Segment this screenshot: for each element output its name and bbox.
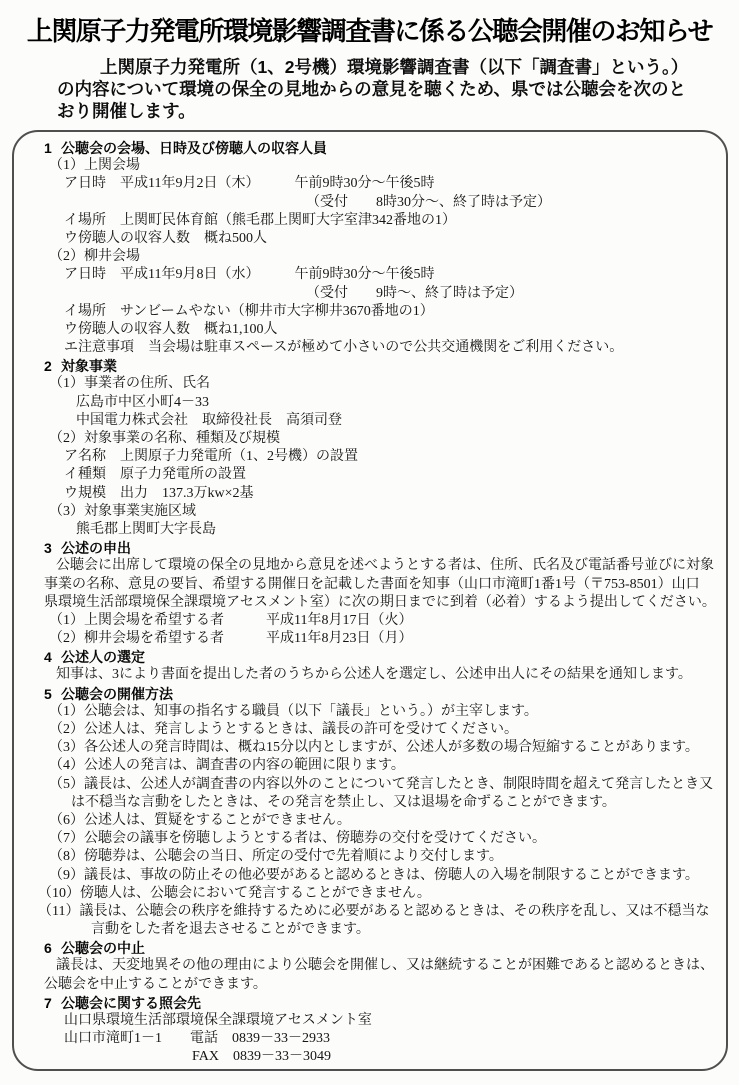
section-heading: 5公聴会の開催方法 (14, 685, 726, 703)
doc-line: ウ傍聴人の収容人数 概ね1,100人 (14, 321, 726, 339)
section-heading: 3公述の申出 (14, 539, 726, 557)
intro-line: おり開催します。 (57, 100, 739, 122)
doc-line: （9）議長は、事故の防止その他必要があると認めるときは、傍聴人の入場を制限するこ… (14, 867, 726, 885)
doc-line: （4）公述人の発言は、調査書の内容の範囲に限ります。 (14, 757, 726, 775)
doc-line: （7）公聴会の議事を傍聴しようとする者は、傍聴券の交付を受けてください。 (14, 830, 726, 848)
doc-line: 中国電力株式会社 取締役社長 高須司登 (14, 412, 726, 430)
doc-line: （2）柳井会場を希望する者 平成11年8月23日（月） (14, 630, 726, 648)
section-heading-text: 公聴会の中止 (61, 940, 145, 956)
doc-line: 事業の名称、意見の要旨、希望する開催日を記載した書面を知事（山口市滝町1番1号（… (14, 576, 726, 594)
doc-line: イ種類 原子力発電所の設置 (14, 466, 726, 484)
doc-line: FAX 0839－33－3049 (14, 1048, 726, 1066)
doc-line: （受付 9時～、終了時は予定） (14, 285, 726, 303)
section-number: 6 (44, 939, 61, 957)
doc-line: 山口県環境生活部環境保全課環境アセスメント室 (14, 1012, 726, 1030)
doc-line: （6）公述人は、質疑をすることができません。 (14, 812, 726, 830)
doc-line: （1）公聴会は、知事の指名する職員（以下「議長」という。）が主宰します。 (14, 703, 726, 721)
intro-line: 上関原子力発電所（1、2号機）環境影響調査書（以下「調査書」という。） (100, 56, 739, 78)
doc-line: ア日時 平成11年9月2日（木） 午前9時30分～午後5時 (14, 175, 726, 193)
doc-line: （1）事業者の住所、氏名 (14, 375, 726, 393)
section-heading-text: 公聴会の開催方法 (61, 686, 173, 702)
section-number: 4 (44, 648, 61, 666)
section-number: 7 (44, 994, 61, 1012)
doc-line: 公聴会を中止することができます。 (14, 976, 726, 994)
section-number: 3 (44, 539, 61, 557)
doc-line: 議長は、天変地異その他の理由により公聴会を開催し、又は継続することが困難であると… (14, 957, 726, 975)
doc-line: ウ傍聴人の収容人数 概ね500人 (14, 230, 726, 248)
doc-line: （8）傍聴券は、公聴会の当日、所定の受付で先着順により交付します。 (14, 848, 726, 866)
doc-line: 熊毛郡上関町大字長島 (14, 521, 726, 539)
doc-line: ア名称 上関原子力発電所（1、2号機）の設置 (14, 448, 726, 466)
page-title: 上関原子力発電所環境影響調査書に係る公聴会開催のお知らせ (4, 11, 735, 48)
intro-paragraph: 上関原子力発電所（1、2号機）環境影響調査書（以下「調査書」という。） の内容に… (0, 56, 739, 122)
section-heading: 4公述人の選定 (14, 648, 726, 666)
doc-line: （2）公述人は、発言しようとするときは、議長の許可を受けてください。 (14, 721, 726, 739)
doc-line: エ注意事項 当会場は駐車スペースが極めて小さいので公共交通機関をご利用ください。 (14, 339, 726, 357)
section-heading: 6公聴会の中止 (14, 939, 726, 957)
section-heading-text: 対象事業 (61, 358, 117, 374)
doc-line: （11）議長は、公聴会の秩序を維持するために必要があると認めるときは、その秩序を… (14, 903, 726, 921)
doc-line: は不穏当な言動をしたときは、その発言を禁止し、又は退場を命ずることができます。 (14, 794, 726, 812)
section-heading: 7公聴会に関する照会先 (14, 994, 726, 1012)
doc-line: （3）各公述人の発言時間は、概ね15分以内としますが、公述人が多数の場合短縮する… (14, 739, 726, 757)
doc-line: （10）傍聴人は、公聴会において発言することができません。 (14, 885, 726, 903)
section-heading-text: 公聴会の会場、日時及び傍聴人の収容人員 (61, 140, 327, 156)
section-heading-text: 公述の申出 (61, 540, 131, 556)
doc-line: 広島市中区小町4－33 (14, 394, 726, 412)
doc-line: 山口市滝町1－1 電話 0839－33－2933 (14, 1030, 726, 1048)
doc-line: （1）上関会場 (14, 157, 726, 175)
intro-line: の内容について環境の保全の見地からの意見を聴くため、県では公聴会を次のと (57, 78, 739, 100)
doc-line: （5）議長は、公述人が調査書の内容以外のことについて発言したとき、制限時間を超え… (14, 776, 726, 794)
doc-line: （3）対象事業実施区域 (14, 503, 726, 521)
doc-line: イ場所 サンビームやない（柳井市大字柳井3670番地の1） (14, 303, 726, 321)
notice-box: 1公聴会の会場、日時及び傍聴人の収容人員（1）上関会場ア日時 平成11年9月2日… (12, 130, 728, 1071)
scanned-notice-page: { "document": { "title": "上関原子力発電所環境影響調査… (0, 0, 739, 1085)
section-heading: 2対象事業 (14, 357, 726, 375)
section-heading-text: 公聴会に関する照会先 (61, 995, 201, 1011)
section-number: 5 (44, 685, 61, 703)
section-number: 2 (44, 357, 61, 375)
doc-line: 言動をした者を退去させることができます。 (14, 921, 726, 939)
doc-line: 知事は、3により書面を提出した者のうちから公述人を選定し、公述申出人にその結果を… (14, 666, 726, 684)
doc-line: ア日時 平成11年9月8日（水） 午前9時30分～午後5時 (14, 266, 726, 284)
doc-line: （1）上関会場を希望する者 平成11年8月17日（火） (14, 612, 726, 630)
doc-line: ウ規模 出力 137.3万kw×2基 (14, 485, 726, 503)
section-heading: 1公聴会の会場、日時及び傍聴人の収容人員 (14, 139, 726, 157)
doc-line: （受付 8時30分～、終了時は予定） (14, 194, 726, 212)
doc-line: 県環境生活部環境保全課環境アセスメント室）に次の期日までに到着（必着）するよう提… (14, 594, 726, 612)
doc-line: （2）対象事業の名称、種類及び規模 (14, 430, 726, 448)
doc-line: （2）柳井会場 (14, 248, 726, 266)
section-number: 1 (44, 139, 61, 157)
doc-line: 公聴会に出席して環境の保全の見地から意見を述べようとする者は、住所、氏名及び電話… (14, 557, 726, 575)
doc-line: イ場所 上関町民体育館（熊毛郡上関町大字室津342番地の1） (14, 212, 726, 230)
section-heading-text: 公述人の選定 (61, 649, 145, 665)
